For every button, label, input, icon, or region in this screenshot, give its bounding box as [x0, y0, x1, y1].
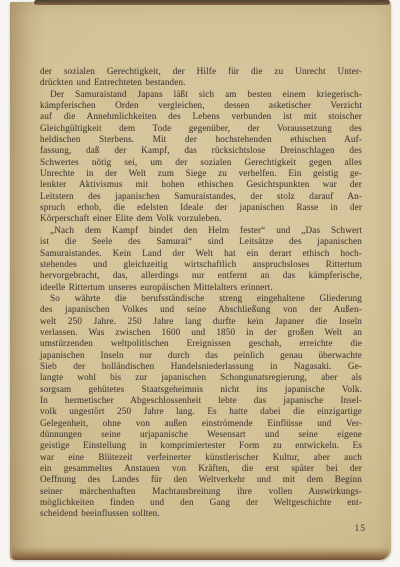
- text-line: ein gesammeltes Anstauen von Kräften, di…: [40, 463, 362, 474]
- text-line: In hermetischer Abgeschlossenheit lebte …: [40, 395, 362, 406]
- page-number: 15: [40, 524, 366, 534]
- text-line: Unrechte in der Welt zum Siege zu verhel…: [40, 168, 362, 179]
- text-line: ideelle Rittertum unseres europäischen M…: [40, 282, 362, 293]
- text-line: Samuraistandes. Kein Land der Welt hat e…: [40, 248, 362, 259]
- text-line: Gelegenheit, ohne von außen einströmende…: [40, 418, 362, 429]
- text-line: des japanischen Volkes und seine Abschli…: [40, 304, 362, 315]
- text-line: japanischen Inseln nur durch das peinlic…: [40, 350, 362, 361]
- text-line: der sozialen Gerechtigkeit, der Hilfe fü…: [40, 66, 362, 77]
- text-line: heldischen Sterbens. Mit der hochstehend…: [40, 134, 362, 145]
- paragraph: So währte die berufsständische streng ei…: [40, 293, 362, 520]
- text-line: langte wohl bis zur japanischen Schongun…: [40, 372, 362, 383]
- text-line: fassung, daß der Kampf, das rücksichtslo…: [40, 145, 362, 156]
- text-line: verlassen. Was zwischen 1600 und 1850 in…: [40, 327, 362, 338]
- paragraph: Der Samuraistand Japans läßt sich am bes…: [40, 89, 362, 225]
- text-line: „Nach dem Kampf bindet den Helm fester“ …: [40, 225, 362, 236]
- text-line: hervorgebracht, das, allerdings nur entf…: [40, 270, 362, 281]
- text-line: drückten und Entrechteten bestanden.: [40, 77, 362, 88]
- text-line: volk ungestört 250 Jahre lang. Es hatte …: [40, 406, 362, 417]
- paragraph: der sozialen Gerechtigkeit, der Hilfe fü…: [40, 66, 362, 89]
- text-line: dünnungen seine urjapanische Wesensart u…: [40, 429, 362, 440]
- text-line: Schwertes nötig sei, um der sozialen Ger…: [40, 157, 362, 168]
- text-line: Leitstern des japanischen Samuraistandes…: [40, 191, 362, 202]
- text-line: war eine Blütezeit verfeinerter künstler…: [40, 452, 362, 463]
- scan-background: der sozialen Gerechtigkeit, der Hilfe fü…: [0, 0, 400, 567]
- text-line: möglichkeiten finden und den Gang der We…: [40, 497, 362, 508]
- text-line: scheidend beeinflussen sollten.: [40, 508, 362, 519]
- text-line: Körperschaft einer Elite dem Volk vorzul…: [40, 213, 362, 224]
- page-top-edge: [34, 0, 390, 5]
- text-block: der sozialen Gerechtigkeit, der Hilfe fü…: [40, 66, 362, 520]
- text-line: spruch erhob, die edelsten Ideale der ja…: [40, 202, 362, 213]
- text-line: ist die Seele des Samurai“ sind Leitsätz…: [40, 236, 362, 247]
- text-line: Sieb der holländischen Handelsniederlass…: [40, 361, 362, 372]
- book-page: der sozialen Gerechtigkeit, der Hilfe fü…: [10, 2, 391, 560]
- text-line: auf die Annehmlichkeiten des Lebens verb…: [40, 111, 362, 122]
- text-line: welt 250 Jahre. 250 Jahre lang durfte ke…: [40, 316, 362, 327]
- text-line: Gleichgültigkeit dem Tode gegenüber, der…: [40, 123, 362, 134]
- text-line: lenkter Aktivismus mit hohen ethischen G…: [40, 179, 362, 190]
- paragraph: „Nach dem Kampf bindet den Helm fester“ …: [40, 225, 362, 293]
- text-line: seiner märchenhaften Machtausbreitung ih…: [40, 486, 362, 497]
- text-line: sorgsam gehütetes Staatsgeheimnis nicht …: [40, 384, 362, 395]
- text-line: geistige Einstellung in komprimiertester…: [40, 440, 362, 451]
- page-bottom-edge: [12, 547, 389, 560]
- text-line: kämpferischen Orden vergleichen, dessen …: [40, 100, 362, 111]
- text-line: So währte die berufsständische streng ei…: [40, 293, 362, 304]
- text-line: stehendes und gleichzeitig wirtschaftlic…: [40, 259, 362, 270]
- text-line: umstürzenden weltpolitischen Ereignissen…: [40, 338, 362, 349]
- text-line: Der Samuraistand Japans läßt sich am bes…: [40, 89, 362, 100]
- text-line: Oeffnung des Landes für den Weltverkehr …: [40, 474, 362, 485]
